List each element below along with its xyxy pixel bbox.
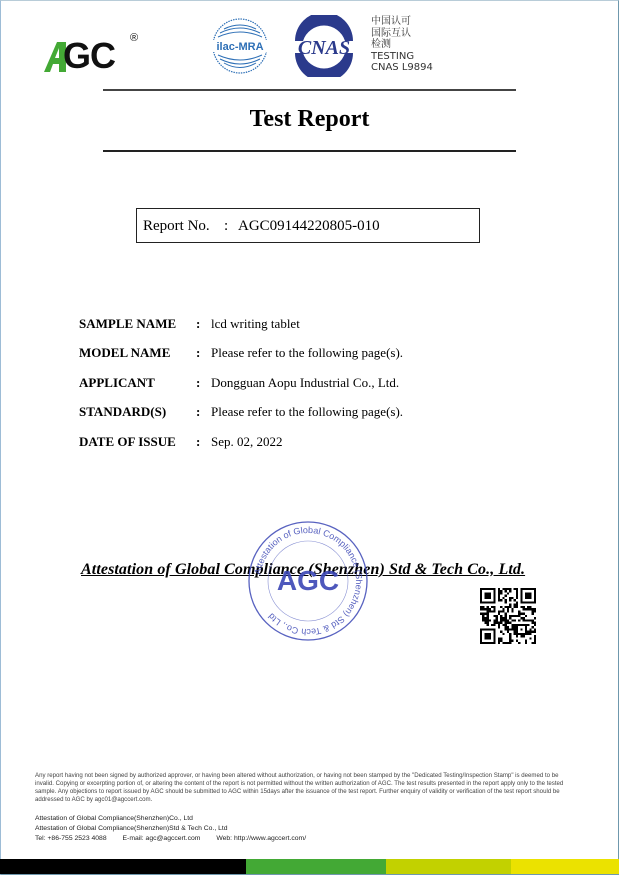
agc-logo-text: GC	[63, 36, 115, 76]
svg-text:AGC: AGC	[277, 565, 339, 596]
ilac-mra-logo-icon: ilac-MRA	[212, 15, 268, 77]
footer-tel: Tel: +86-755 2523 4088	[35, 835, 107, 842]
bar-segment-lime	[386, 859, 511, 874]
report-number-value: AGC09144220805-010	[238, 209, 380, 244]
footer-company-line-1: Attestation of Global Compliance(Shenzhe…	[35, 814, 320, 824]
footer-contact: Attestation of Global Compliance(Shenzhe…	[35, 814, 320, 844]
bar-segment-yellow	[511, 859, 619, 874]
report-number-label: Report No.	[143, 209, 210, 244]
registered-mark: ®	[130, 32, 138, 44]
footer-contact-row: Tel: +86-755 2523 4088 E-mail: agc@agcce…	[35, 834, 320, 844]
cnas-logo-icon: CNAS	[285, 15, 363, 77]
qr-code-icon[interactable]	[480, 588, 536, 644]
page-title: Test Report	[0, 106, 619, 133]
footer-company-line-2: Attestation of Global Compliance(Shenzhe…	[35, 824, 320, 834]
bar-segment-green	[246, 859, 386, 874]
footer-web[interactable]: Web: http://www.agccert.com/	[216, 835, 306, 842]
footer-email[interactable]: E-mail: agc@agccert.com	[123, 835, 201, 842]
agc-logo: GC ®	[44, 36, 144, 76]
report-number-box: Report No. : AGC09144220805-010	[136, 208, 480, 243]
title-rule-top	[103, 89, 516, 91]
company-seal-icon: Attestation of Global Compliance (Shenzh…	[247, 520, 369, 642]
report-number-separator: :	[224, 209, 228, 244]
cnas-accreditation-text: 中国认可 国际互认 检测 TESTING CNAS L9894	[371, 16, 433, 74]
svg-text:ilac-MRA: ilac-MRA	[216, 41, 263, 53]
svg-text:CNAS: CNAS	[298, 37, 350, 59]
bar-segment-black	[0, 859, 246, 874]
footer-disclaimer: Any report having not been signed by aut…	[35, 772, 575, 804]
title-rule-bottom	[103, 150, 516, 152]
footer-color-bar	[0, 859, 619, 874]
